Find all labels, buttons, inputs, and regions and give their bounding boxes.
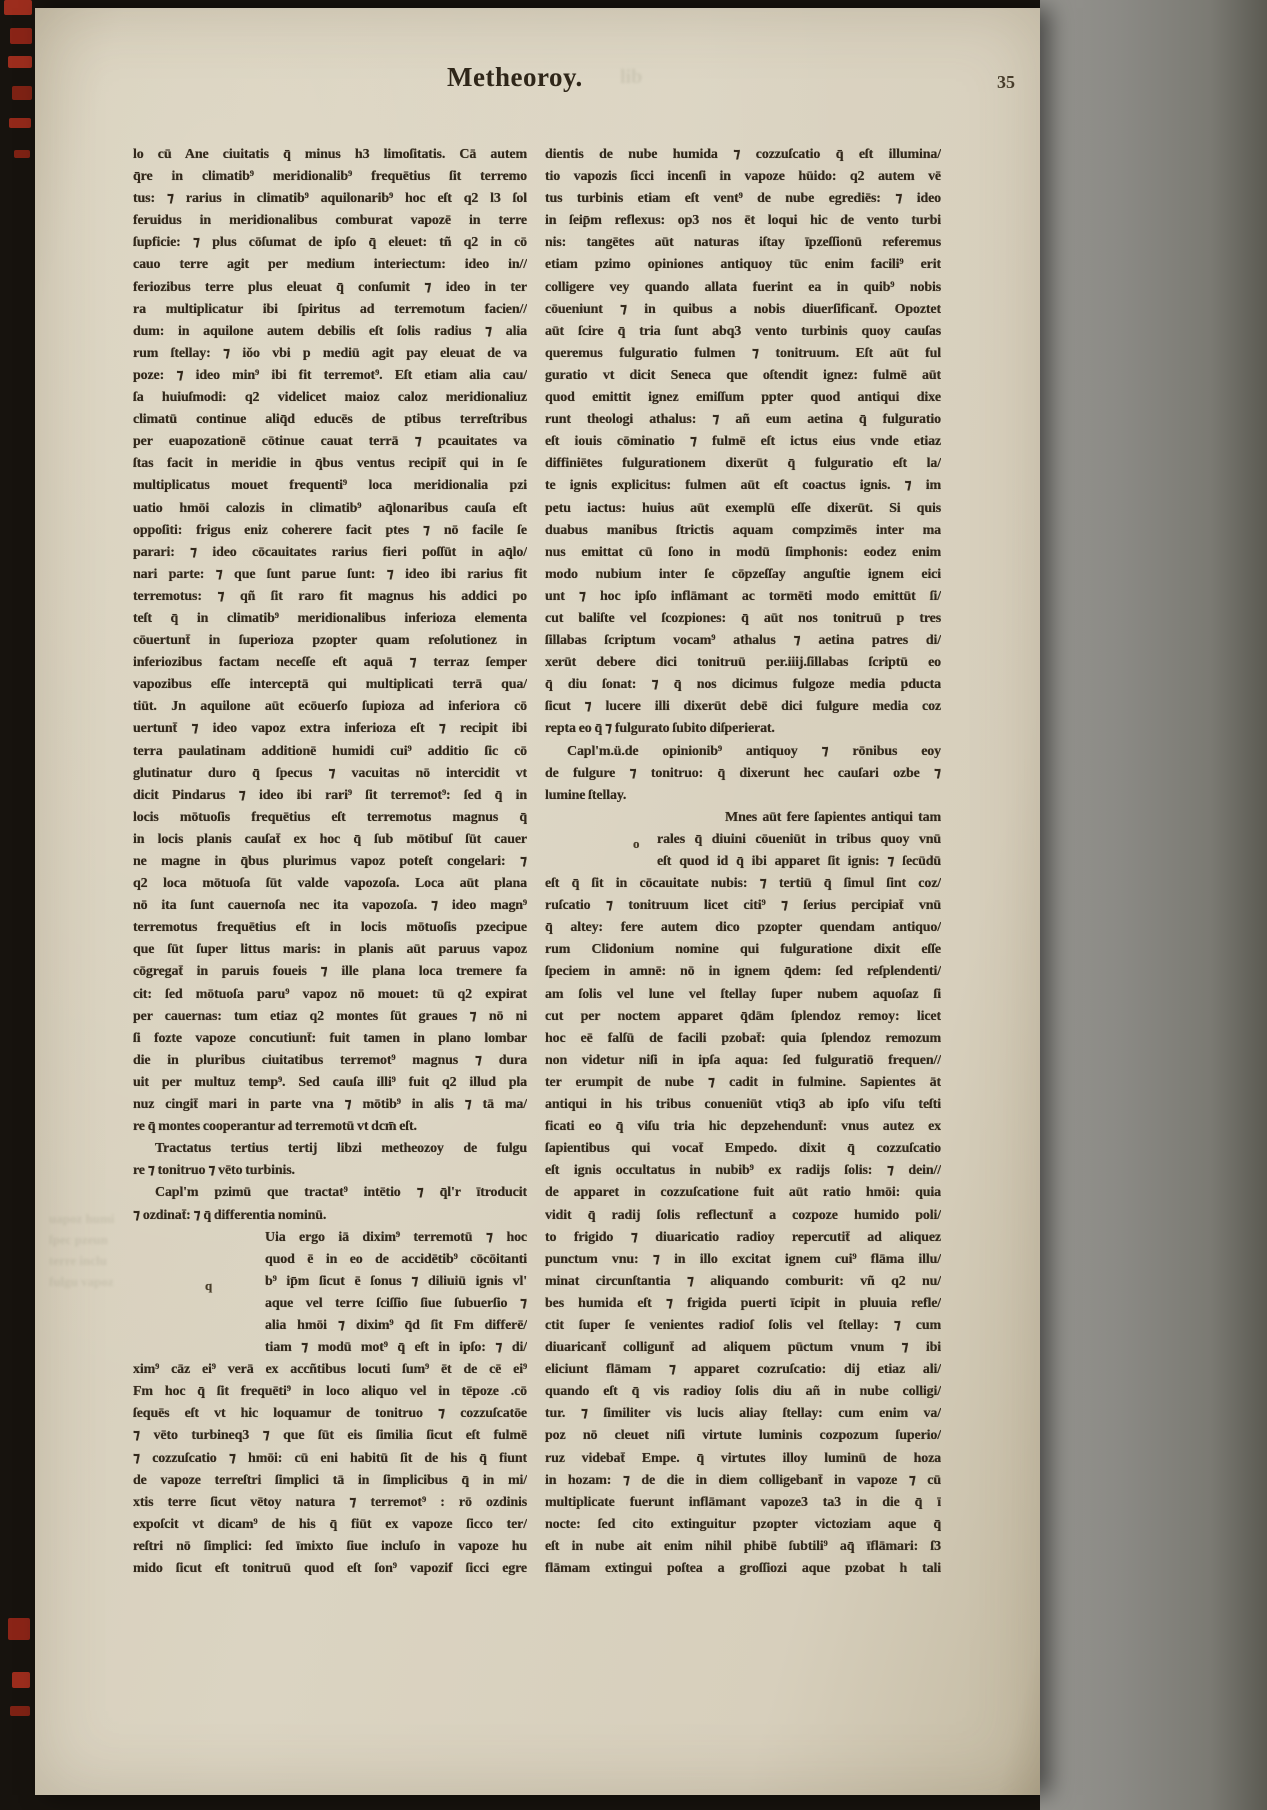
- text-line: ficati eo q̄ viſu tria hic depzehendunt̄…: [545, 1116, 941, 1138]
- text-line: Tractatus tertius tertij libzi metheozoy…: [133, 1138, 527, 1160]
- red-edge-mark: [12, 1672, 30, 1688]
- text-line: quod ē in eo de accidētib⁹ cōcōitanti: [133, 1249, 527, 1271]
- text-line: q̄ diu ſonat: ⁊ q̄ nos dicimus fulgoze m…: [545, 674, 941, 696]
- text-line: ⁊ ozdinat̄: ⁊ q̄ differentia nominū.: [133, 1205, 527, 1227]
- red-edge-mark: [8, 56, 32, 68]
- text-line: poz nō cleuet niſi virtute luminis cozpo…: [545, 1425, 941, 1447]
- text-line: q̄ altey: fere autem dico pzopter quenda…: [545, 917, 941, 939]
- book-page: Metheoroy. lib 35 uapoz humi ſpec pzeun …: [35, 8, 1040, 1795]
- text-line: eliciunt flāmam ⁊ apparet cozruſcatio: d…: [545, 1359, 941, 1381]
- text-line: re ⁊ tonitruo ⁊ vēto turbinis.: [133, 1160, 527, 1182]
- text-line: in hozam: ⁊ de die in diem colligebant̄ …: [545, 1470, 941, 1492]
- text-line: que ſūt ſuper littus maris: in planis aū…: [133, 939, 527, 961]
- text-line: quando eſt q̄ vis radioy ſolis diu añ in…: [545, 1381, 941, 1403]
- text-line: quod emittit ignez emiſſum ppter quod an…: [545, 387, 941, 409]
- text-line: de apparet in cozzuſcatione fuit aūt rat…: [545, 1182, 941, 1204]
- text-line: q̄re in climatib⁹ meridionalib⁹ frequēti…: [133, 166, 527, 188]
- red-edge-mark: [14, 150, 30, 158]
- text-line: re q̄ montes cooperantur ad terremotū vt…: [133, 1116, 527, 1138]
- text-line: b⁹ ip̄m ſicut ē ſonus ⁊ diliuiū ignis vl…: [133, 1271, 527, 1293]
- text-line: ctit ſuper ſe venientes radioſ ſolis vel…: [545, 1315, 941, 1337]
- text-line: cut baliſte vel ſcozpiones: q̄ aūt nos t…: [545, 608, 941, 630]
- text-line: eſt ignis occultatus in nubib⁹ ex radijs…: [545, 1160, 941, 1182]
- text-line: per euapozationē cōtinue cauat terrā ⁊ p…: [133, 431, 527, 453]
- text-line: rum Clidonium nomine qui fulguratione di…: [545, 939, 941, 961]
- text-line: expoſcit vt dicam⁹ de his q̄ fiūt ex vap…: [133, 1514, 527, 1536]
- text-line: guratio vt dicit Seneca que oſtendit ign…: [545, 365, 941, 387]
- text-line: tus: ⁊ rarius in climatib⁹ aquilonarib⁹ …: [133, 188, 527, 210]
- text-line: minat circunſtantia ⁊ aliquando comburit…: [545, 1271, 941, 1293]
- text-line: repta eo q̄ ⁊ fulgurato ſubito diſperier…: [545, 718, 941, 740]
- text-line: xtis terre ſicut vētoy natura ⁊ terremot…: [133, 1492, 527, 1514]
- text-line: ſi fozte vapoze concutiunt̄: fuit tamen …: [133, 1028, 527, 1050]
- text-line: petu iactus: huius aūt exemplū eſſe dixe…: [545, 498, 941, 520]
- text-line: locis mōtuoſis frequētius eſt terremotus…: [133, 807, 527, 829]
- text-line: Fm hoc q̄ ſit frequēti⁹ in loco aliquo v…: [133, 1381, 527, 1403]
- text-line: Capl'm pzimū que tractat⁹ intētio ⁊ q̄l'…: [133, 1182, 527, 1204]
- text-line: ſapientibus qui vocat̄ Empedo. dixit q̄ …: [545, 1138, 941, 1160]
- text-line: dientis de nube humida ⁊ cozzuſcatio q̄ …: [545, 144, 941, 166]
- text-line: ſtas facit in meridie in q̄bus ventus re…: [133, 453, 527, 475]
- text-line: reſtri nō ſimplici: ſed īmixto ſiue incl…: [133, 1536, 527, 1558]
- text-line: non videtur niſi in ipſa aqua: ſed fulgu…: [545, 1050, 941, 1072]
- text-line: antiqui in his tribus conueniūt vtiq3 ab…: [545, 1094, 941, 1116]
- text-line: rales q̄ diuini cōueniūt in tribus quoy …: [545, 829, 941, 851]
- text-line: uit per multuz temp⁹. Sed cauſa illi⁹ fu…: [133, 1072, 527, 1094]
- text-line: tio vapozis ſicci incenſi in vapoze hūid…: [545, 166, 941, 188]
- text-line: aūt ſcire q̄ tria ſunt abq3 vento turbin…: [545, 321, 941, 343]
- text-line: cut per noctem apparet q̄dām ſplendoz re…: [545, 1006, 941, 1028]
- red-edge-mark: [4, 0, 32, 15]
- text-line: flāmam extingui poſtea a groſſiozi aque …: [545, 1558, 941, 1580]
- text-line: vidit q̄ radij ſolis reflectunt̄ a cozpo…: [545, 1205, 941, 1227]
- text-line: ſequēs eſt vt hic loquamur de tonitruo ⁊…: [133, 1403, 527, 1425]
- red-edge-mark: [8, 1618, 30, 1640]
- text-line: terremotus frequētius eſt in locis mōtuo…: [133, 917, 527, 939]
- text-line: colligere vey quando allata fuerint ea i…: [545, 277, 941, 299]
- text-line: de vapoze terreſtri ſimplici tā in ſimpl…: [133, 1470, 527, 1492]
- text-line: feriozibus terre plus eleuat q̄ conſumit…: [133, 277, 527, 299]
- text-line: in ſeip̄m reflexus: op3 nos ēt loqui hic…: [545, 210, 941, 232]
- red-edge-mark: [12, 86, 32, 100]
- text-line: tus turbinis etiam eſt vent⁹ de nube egr…: [545, 188, 941, 210]
- text-line: nus emittat cū ſono in modū ſimphonis: e…: [545, 542, 941, 564]
- text-line: punctum vnu: ⁊ in illo excitat ignem cui…: [545, 1249, 941, 1271]
- text-line: cōueniunt ⁊ in quibus a nobis diuerſific…: [545, 299, 941, 321]
- page-number: 35: [997, 72, 1015, 93]
- text-line: am ſolis vel lune vel ſtellay ſuper nube…: [545, 984, 941, 1006]
- text-line: diuaricant̄ colligunt̄ ad aliquem pūctum…: [545, 1337, 941, 1359]
- text-line: nō ita ſunt cauernoſa nec ita vapozoſa. …: [133, 895, 527, 917]
- text-line: ⁊ vēto turbineq3 ⁊ que ſūt eis ſimilia ſ…: [133, 1425, 527, 1447]
- text-line: rum ſtellay: ⁊ iǒo vbi p mediū agit pay …: [133, 343, 527, 365]
- text-line: alia hmōi ⁊ dixim⁹ q̄d ſit Fm differē/: [133, 1315, 527, 1337]
- text-line: nari parte: ⁊ que ſunt parue ſunt: ⁊ ide…: [133, 564, 527, 586]
- text-line: ter erumpit de nube ⁊ cadit in fulmine. …: [545, 1072, 941, 1094]
- text-line: uertunt̄ ⁊ ideo vapoz extra inferioza eſ…: [133, 718, 527, 740]
- text-line: poze: ⁊ ideo min⁹ ibi fit terremot⁹. Eſt…: [133, 365, 527, 387]
- text-line: aque vel terre ſciſſio ſiue ſubuerſio ⁊: [133, 1293, 527, 1315]
- scanned-book-page-photo: Metheoroy. lib 35 uapoz humi ſpec pzeun …: [0, 0, 1267, 1810]
- text-line: ſillabas ſcriptum vocam⁹ athalus ⁊ aetin…: [545, 630, 941, 652]
- text-line: inferiozibus factam neceſſe eſt aquā ⁊ t…: [133, 652, 527, 674]
- text-line: xim⁹ cāz ei⁹ verā ex accñtibus locuti ſu…: [133, 1359, 527, 1381]
- text-line: unt ⁊ hoc ipſo inflāmant ac tormēti modo…: [545, 586, 941, 608]
- text-line: lo cū Ane ciuitatis q̄ minus h3 limoſita…: [133, 144, 527, 166]
- text-line: ſupficie: ⁊ plus cōſumat de ipſo q̄ eleu…: [133, 232, 527, 254]
- text-column-left: lo cū Ane ciuitatis q̄ minus h3 limoſita…: [133, 144, 527, 1580]
- text-line: cōuertunt̄ in ſuperioza pzopter quam reſ…: [133, 630, 527, 652]
- text-line: nuz cingit̄ mari in parte vna ⁊ mōtib⁹ i…: [133, 1094, 527, 1116]
- red-edge-mark: [10, 28, 32, 44]
- text-line: cit: ſed mōtuoſa paru⁹ vapoz nō mouet: t…: [133, 984, 527, 1006]
- text-line: in locis planis cauſat̄ ex hoc q̄ ſub mō…: [133, 829, 527, 851]
- text-line: Capl'm.ü.de opinionib⁹ antiquoy ⁊ rōnibu…: [545, 741, 941, 763]
- initial-guide-letter: o: [633, 833, 639, 855]
- text-line: ne magne in q̄bus plurimus vapoz poteſt …: [133, 851, 527, 873]
- text-line: ſicut ⁊ lucere illi dixerūt debē dici fu…: [545, 696, 941, 718]
- text-line: dicit Pindarus ⁊ ideo ibi rari⁹ ſit terr…: [133, 785, 527, 807]
- text-line: diffiniētes fulgurationem dixerūt q̄ ful…: [545, 453, 941, 475]
- text-column-right: dientis de nube humida ⁊ cozzuſcatio q̄ …: [545, 144, 941, 1580]
- scanner-background: [1040, 0, 1267, 1810]
- text-line: ſpeciem in amnē: nō in ignem q̄dem: ſed …: [545, 961, 941, 983]
- text-line: climatū continue aliq̄d educēs de ptibus…: [133, 409, 527, 431]
- text-line: die in pluribus ciuitatibus terremot⁹ ma…: [133, 1050, 527, 1072]
- running-header-title: Metheoroy.: [447, 62, 627, 93]
- text-line: eſt in nube ait enim nihil phibē ſubtili…: [545, 1536, 941, 1558]
- text-line: Mnes aūt fere ſapientes antiqui tam natu…: [545, 807, 941, 829]
- text-line: te ignis explicitus: fulmen aūt eſt coac…: [545, 475, 941, 497]
- red-edge-mark: [9, 118, 31, 128]
- text-line: eſt quod id q̄ ibi apparet ſit ignis: ⁊ …: [545, 851, 941, 873]
- text-line: oppoſiti: frigus eniz coherere facit pte…: [133, 520, 527, 542]
- text-line: multiplicatus mouet frequenti⁹ loca meri…: [133, 475, 527, 497]
- text-line: ra multiplicatur ibi ſpiritus ad terremo…: [133, 299, 527, 321]
- text-line: q2 loca mōtuoſa ſūt valde vapozoſa. Loca…: [133, 873, 527, 895]
- text-line: feruidus in meridionalibus comburat vapo…: [133, 210, 527, 232]
- text-line: terra paulatinam additionē humidi cui⁹ a…: [133, 741, 527, 763]
- text-line: ruſcatio ⁊ tonitruum licet citi⁹ ⁊ ſeriu…: [545, 895, 941, 917]
- initial-guide-letter: q: [205, 1275, 212, 1297]
- text-line: de fulgure ⁊ tonitruo: q̄ dixerunt hec c…: [545, 763, 941, 785]
- text-line: multiplicate fuerunt inflāmant vapoze3 t…: [545, 1492, 941, 1514]
- text-line: eſt q̄ ſit in cōcauitate nubis: ⁊ tertiū…: [545, 873, 941, 895]
- text-line: queremus fulguratio fulmen ⁊ tonitruum. …: [545, 343, 941, 365]
- text-line: terremotus: ⁊ qñ ſit raro fit magnus his…: [133, 586, 527, 608]
- text-line: uatio hmōi calozis in climatib⁹ aq̄lonar…: [133, 498, 527, 520]
- text-line: cōgregat̄ in paruis foueis ⁊ ille plana …: [133, 961, 527, 983]
- text-line: Uia ergo iā dixim⁹ terremotū ⁊ hoc: [133, 1227, 527, 1249]
- text-line: per cauernas: tum etiaz q2 montes ſūt gr…: [133, 1006, 527, 1028]
- ink-bleed-ghost: lib: [620, 66, 642, 89]
- text-line: teſt q̄ in climatib⁹ meridionalibus infe…: [133, 608, 527, 630]
- text-line: xerūt debere dici tonitruū per.iiij.ſill…: [545, 652, 941, 674]
- text-line: tiūt. Jn aquilone aūt ecōuerſo ſupioza a…: [133, 696, 527, 718]
- text-line: lumine ſtellay.: [545, 785, 941, 807]
- text-line: parari: ⁊ ideo cōcauitates rarius fieri …: [133, 542, 527, 564]
- text-line: duabus manibus ſtrictis aquam compzimēs …: [545, 520, 941, 542]
- text-line: tiam ⁊ modū mot⁹ q̄ eſt in ipſo: ⁊ di/: [133, 1337, 527, 1359]
- text-line: etiam pzimo opiniones antiquoy tūc enim …: [545, 254, 941, 276]
- ink-bleed-ghost-margin: uapoz humi ſpec pzeun terre inclu fulgu …: [49, 1208, 123, 1538]
- text-line: hoc eē falſū de facili pzobat̄: quia ſpl…: [545, 1028, 941, 1050]
- text-line: nocte: ſed cito extinguitur pzopter vict…: [545, 1514, 941, 1536]
- text-line: nis: tangētes aūt naturas iſtay īpzeſſio…: [545, 232, 941, 254]
- text-line: eſt iouis cōminatio ⁊ fulmē eſt ictus ei…: [545, 431, 941, 453]
- text-line: glutinatur duro q̄ ſpecus ⁊ vacuitas nō …: [133, 763, 527, 785]
- text-line: to frigido ⁊ diuaricatio radioy repercut…: [545, 1227, 941, 1249]
- text-line: runt theologi athalus: ⁊ añ eum aetina q…: [545, 409, 941, 431]
- text-line: modo nubium inter ſe cōpzeſſay anguſtie …: [545, 564, 941, 586]
- text-line: bes humida eſt ⁊ frigida puerti īcipit i…: [545, 1293, 941, 1315]
- text-line: ⁊ cozzuſcatio ⁊ hmōi: cū eni habitū ſit …: [133, 1448, 527, 1470]
- text-line: tur. ⁊ ſimiliter vis lucis aliay ſtellay…: [545, 1403, 941, 1425]
- text-line: mido ſicut eſt tonitruū quod eſt ſon⁹ va…: [133, 1558, 527, 1580]
- text-line: vapozibus eſſe interceptā qui multiplica…: [133, 674, 527, 696]
- text-line: dum: in aquilone autem debilis eſt ſolis…: [133, 321, 527, 343]
- text-line: ruz videbat̄ Empe. q̄ virtutes illoy lum…: [545, 1448, 941, 1470]
- red-edge-mark: [10, 1706, 30, 1716]
- text-line: cauo terre agit per medium interiectum: …: [133, 254, 527, 276]
- text-line: ſa huiuſmodi: q2 videlicet maioz caloz m…: [133, 387, 527, 409]
